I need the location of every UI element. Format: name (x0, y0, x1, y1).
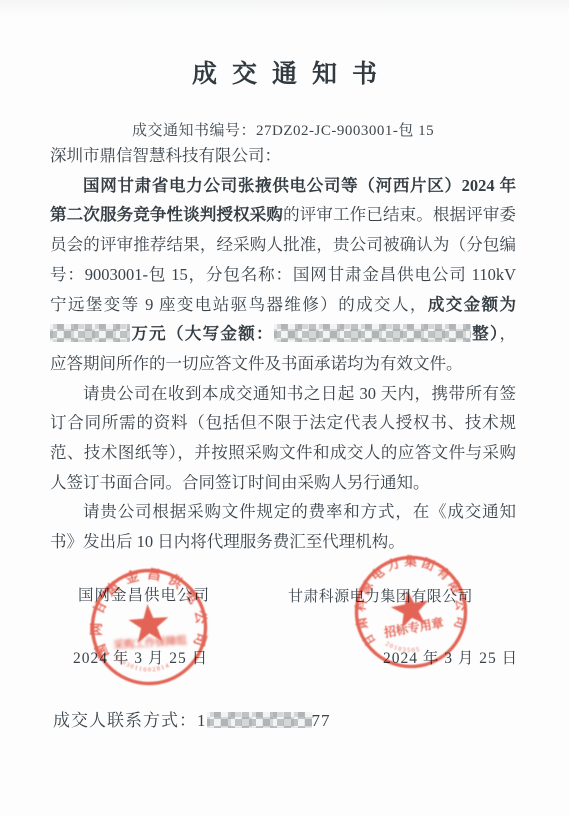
notice-number: 成交通知书编号：27DZ02-JC-9003001-包 15 (132, 119, 434, 140)
addressee-line: 深圳市鼎信智慧科技有限公司： (50, 141, 516, 171)
seal-serial-number: 0203011002814 (113, 650, 172, 676)
amount-unit-bold: 万元（大写金额： (130, 324, 274, 343)
official-seal-right: 甘肃科源电力集团有限公司 招标专用章 20103505 (352, 553, 470, 671)
redacted-amount-figure (50, 324, 130, 342)
redacted-phone-number (207, 712, 312, 728)
contact-visible-prefix: 1 (197, 711, 207, 730)
redacted-amount-words (274, 324, 471, 342)
amount-label-bold: 成交金额为 (428, 295, 516, 314)
scanned-document-page: 成交通知书 成交通知书编号：27DZ02-JC-9003001-包 15 深圳市… (0, 0, 569, 816)
document-body: 深圳市鼎信智慧科技有限公司： 国网甘肃省电力公司张掖供电公司等（河西片区）202… (50, 141, 516, 557)
seal-banner-text: 招标专用章 (382, 615, 445, 640)
seal-banner-text: 采购工作保障组 (113, 633, 188, 651)
contact-visible-suffix: 77 (312, 711, 331, 730)
paragraph-agency-fee: 请贵公司根据采购文件规定的费率和方式，在《成交通知书》发出后 10 日内将代理服… (50, 497, 516, 556)
page-title: 成交通知书 (0, 54, 569, 90)
official-seal-left: 国网甘肃金昌供电公司 采购工作保障组 0203011002814 (88, 566, 210, 688)
paragraph-contract-signing: 请贵公司在收到本成交通知书之日起 30 天内，携带所有签订合同所需的资料（包括但… (50, 379, 516, 498)
paragraph-award: 国网甘肃省电力公司张掖供电公司等（河西片区）2024 年第二次服务竞争性谈判授权… (50, 171, 516, 379)
amount-close-bold: 整） (471, 324, 500, 343)
contact-label: 成交人联系方式： (53, 711, 197, 730)
svg-text:0203011002814: 0203011002814 (113, 650, 172, 676)
winner-contact-line: 成交人联系方式：177 (53, 706, 331, 731)
